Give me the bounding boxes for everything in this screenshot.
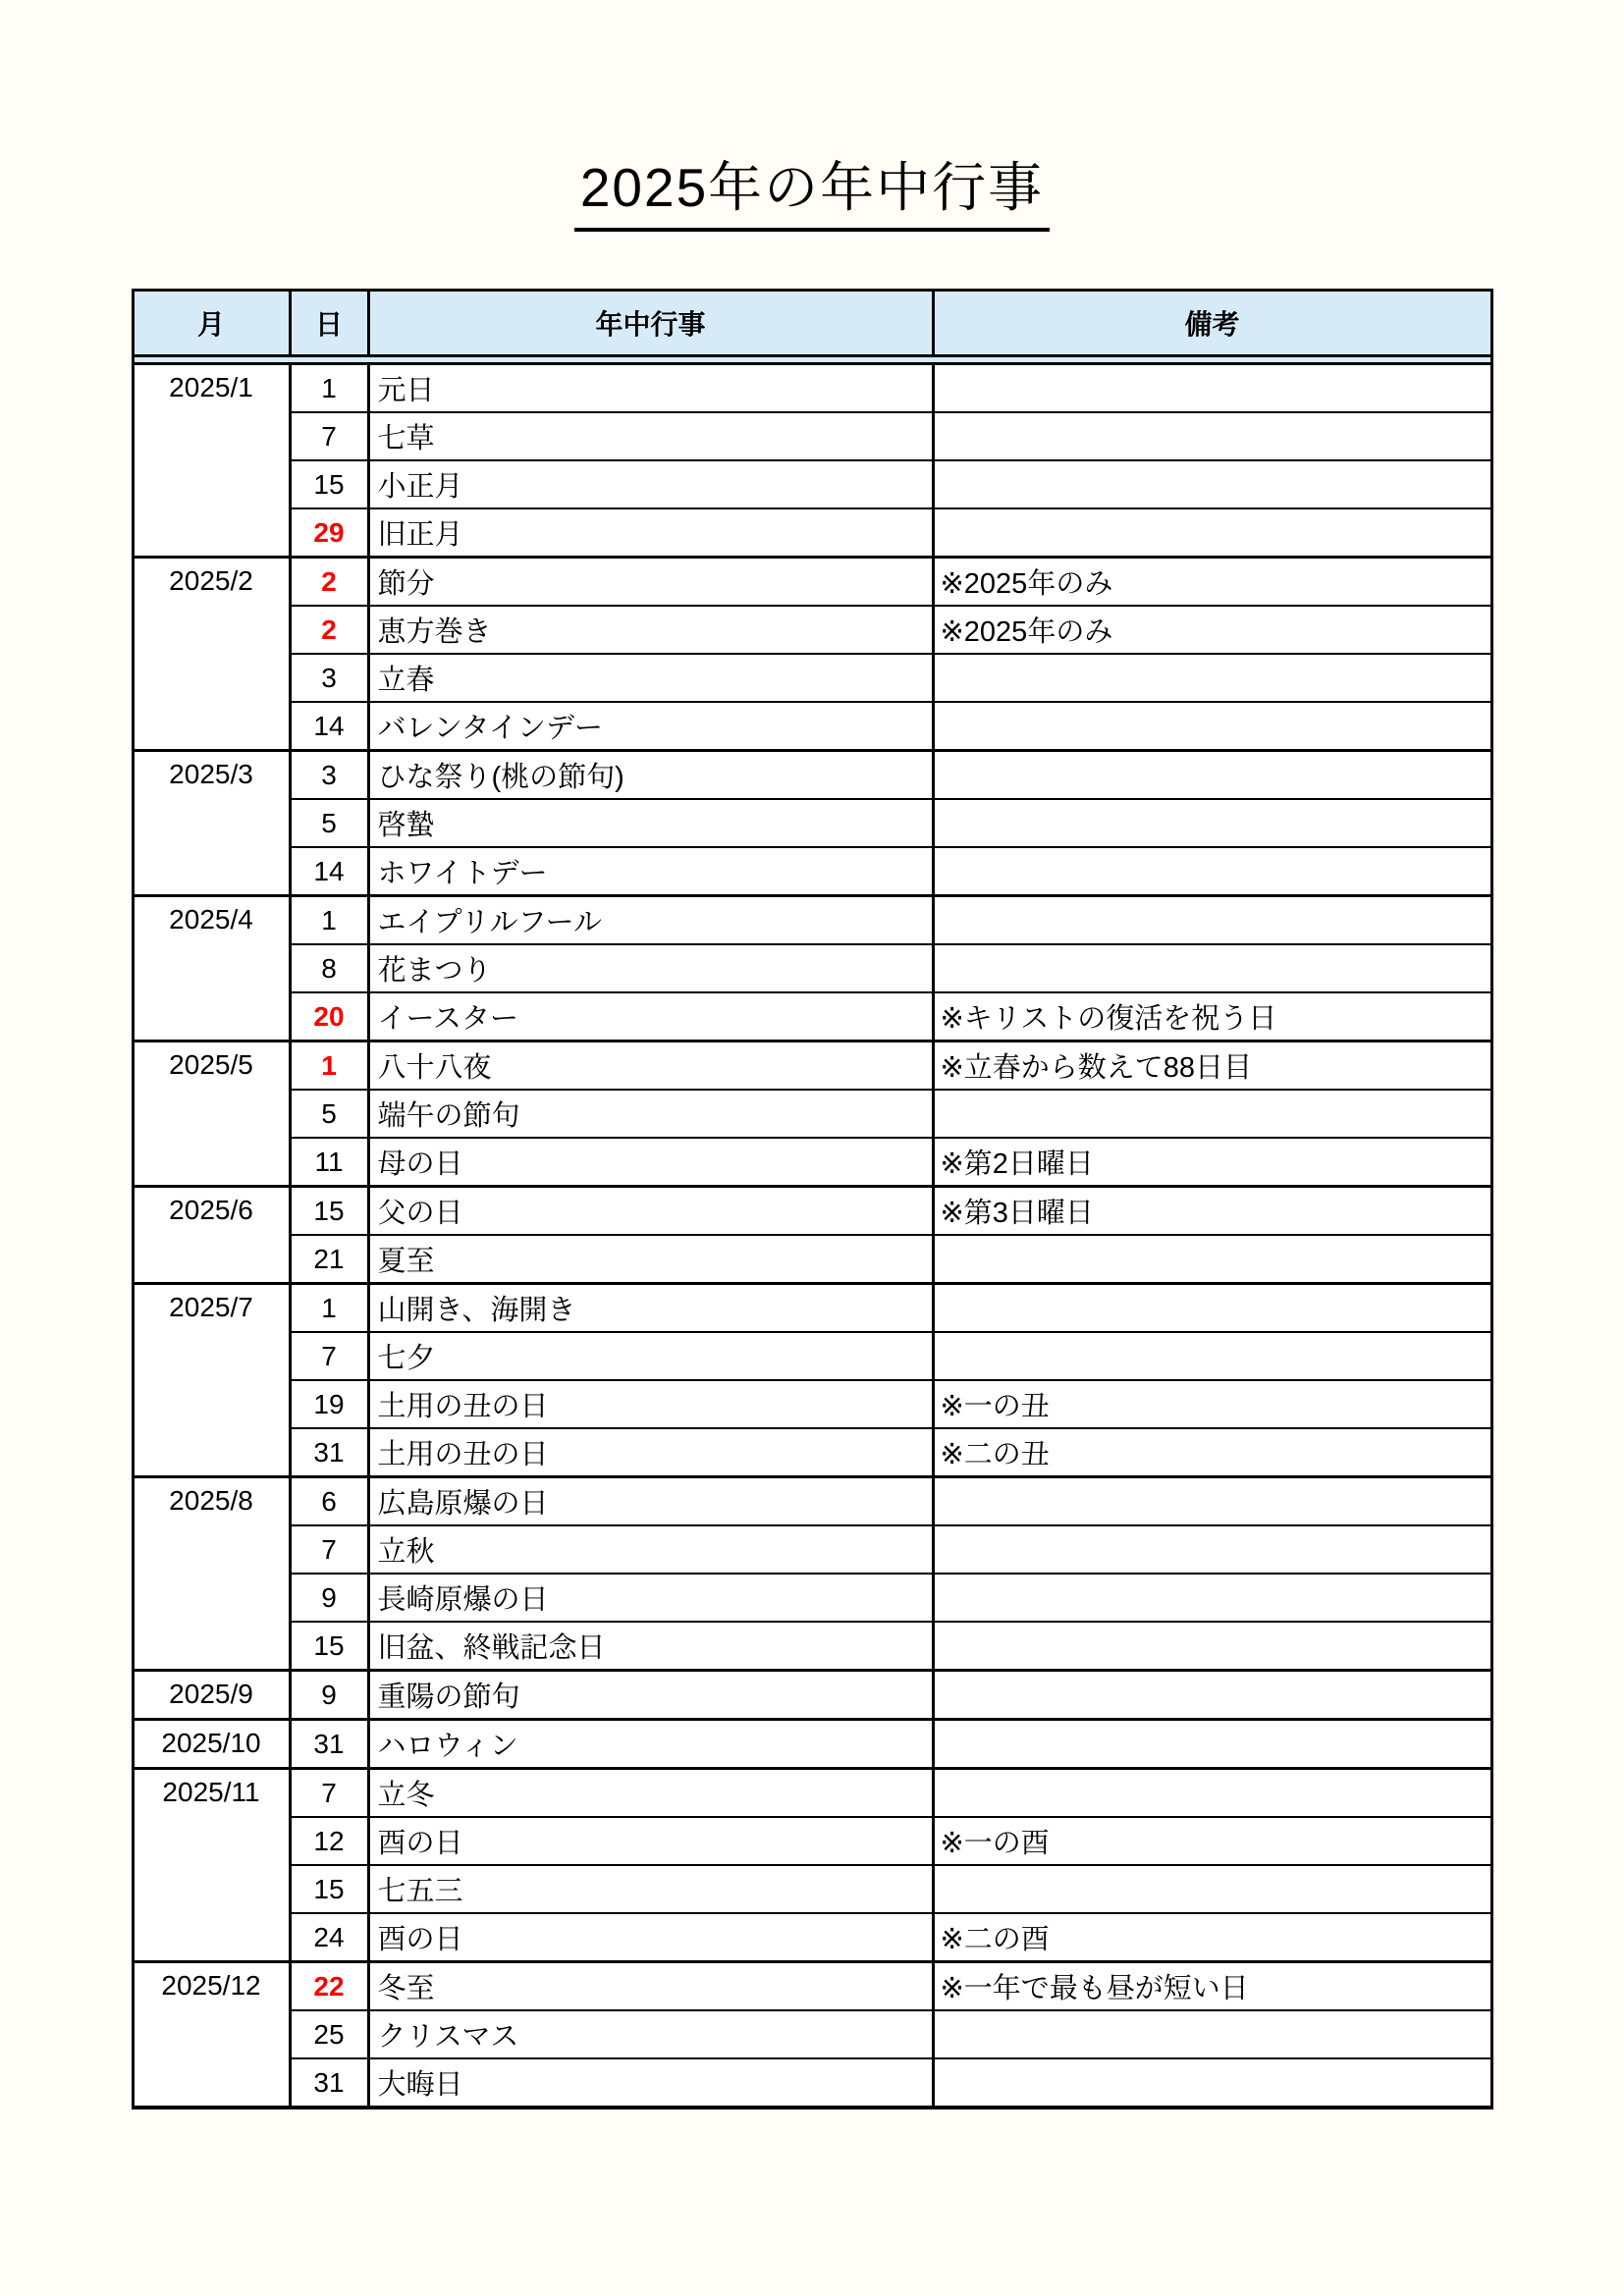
event-row: 2025/1222冬至※一年で最も昼が短い日 [133, 1962, 1491, 2011]
event-row: 7七夕 [133, 1332, 1491, 1380]
remarks-cell: ※一の丑 [933, 1380, 1491, 1428]
day-cell: 2 [290, 606, 368, 654]
event-row: 12酉の日※一の酉 [133, 1817, 1491, 1865]
event-cell: 山開き、海開き [368, 1284, 933, 1333]
event-cell: 七夕 [368, 1332, 933, 1380]
event-cell: 土用の丑の日 [368, 1380, 933, 1428]
event-cell: 土用の丑の日 [368, 1428, 933, 1477]
event-row: 2025/22節分※2025年のみ [133, 558, 1491, 607]
event-row: 20イースター※キリストの復活を祝う日 [133, 992, 1491, 1041]
event-cell: 恵方巻き [368, 606, 933, 654]
event-cell: 立春 [368, 654, 933, 702]
remarks-cell [933, 702, 1491, 751]
event-row: 8花まつり [133, 944, 1491, 992]
event-row: 7七草 [133, 412, 1491, 460]
event-cell: 父の日 [368, 1187, 933, 1236]
day-cell: 9 [290, 1671, 368, 1720]
event-row: 2025/11元日 [133, 364, 1491, 413]
annual-events-table: 月 日 年中行事 備考 2025/11元日7七草15小正月29旧正月2025/2… [132, 289, 1493, 2109]
event-cell: 旧盆、終戦記念日 [368, 1622, 933, 1671]
header-month: 月 [133, 291, 290, 356]
remarks-cell [933, 1332, 1491, 1380]
event-cell: イースター [368, 992, 933, 1041]
event-row: 2025/41エイプリルフール [133, 896, 1491, 945]
month-cell: 2025/6 [133, 1187, 290, 1284]
event-cell: 酉の日 [368, 1817, 933, 1865]
event-cell: 母の日 [368, 1138, 933, 1187]
event-row: 2025/33ひな祭り(桃の節句) [133, 751, 1491, 800]
event-cell: 小正月 [368, 460, 933, 508]
day-cell: 15 [290, 1622, 368, 1671]
remarks-cell [933, 1090, 1491, 1138]
event-cell: バレンタインデー [368, 702, 933, 751]
day-cell: 1 [290, 1041, 368, 1091]
remarks-cell: ※二の酉 [933, 1913, 1491, 1962]
event-row: 29旧正月 [133, 508, 1491, 558]
event-cell: ホワイトデー [368, 847, 933, 896]
month-cell: 2025/9 [133, 1671, 290, 1720]
event-cell: エイプリルフール [368, 896, 933, 945]
event-cell: ひな祭り(桃の節句) [368, 751, 933, 800]
event-cell: 立秋 [368, 1525, 933, 1574]
remarks-cell [933, 1769, 1491, 1818]
event-row: 5端午の節句 [133, 1090, 1491, 1138]
event-row: 15小正月 [133, 460, 1491, 508]
month-cell: 2025/11 [133, 1769, 290, 1962]
event-row: 2025/1031ハロウィン [133, 1720, 1491, 1769]
event-row: 14バレンタインデー [133, 702, 1491, 751]
day-cell: 9 [290, 1574, 368, 1622]
day-cell: 7 [290, 1332, 368, 1380]
remarks-cell [933, 364, 1491, 413]
remarks-cell [933, 1574, 1491, 1622]
day-cell: 15 [290, 1865, 368, 1913]
day-cell: 5 [290, 1090, 368, 1138]
event-row: 31土用の丑の日※二の丑 [133, 1428, 1491, 1477]
event-row: 5啓蟄 [133, 799, 1491, 847]
day-cell: 31 [290, 1428, 368, 1477]
day-cell: 15 [290, 460, 368, 508]
remarks-cell [933, 412, 1491, 460]
remarks-cell [933, 1284, 1491, 1333]
event-cell: 端午の節句 [368, 1090, 933, 1138]
day-cell: 14 [290, 847, 368, 896]
day-cell: 3 [290, 751, 368, 800]
header-day: 日 [290, 291, 368, 356]
day-cell: 7 [290, 1769, 368, 1818]
day-cell: 29 [290, 508, 368, 558]
day-cell: 5 [290, 799, 368, 847]
day-cell: 22 [290, 1962, 368, 2011]
day-cell: 7 [290, 412, 368, 460]
event-row: 24酉の日※二の酉 [133, 1913, 1491, 1962]
event-row: 2恵方巻き※2025年のみ [133, 606, 1491, 654]
month-cell: 2025/4 [133, 896, 290, 1041]
remarks-cell [933, 460, 1491, 508]
remarks-cell: ※一年で最も昼が短い日 [933, 1962, 1491, 2011]
day-cell: 31 [290, 2058, 368, 2108]
remarks-cell [933, 1477, 1491, 1526]
header-separator-rule [133, 356, 1491, 364]
event-cell: 旧正月 [368, 508, 933, 558]
event-cell: 元日 [368, 364, 933, 413]
day-cell: 1 [290, 896, 368, 945]
remarks-cell [933, 1622, 1491, 1671]
day-cell: 25 [290, 2010, 368, 2058]
event-row: 14ホワイトデー [133, 847, 1491, 896]
event-cell: 夏至 [368, 1235, 933, 1284]
event-cell: クリスマス [368, 2010, 933, 2058]
day-cell: 20 [290, 992, 368, 1041]
day-cell: 1 [290, 1284, 368, 1333]
remarks-cell [933, 944, 1491, 992]
event-row: 31大晦日 [133, 2058, 1491, 2108]
event-cell: ハロウィン [368, 1720, 933, 1769]
day-cell: 19 [290, 1380, 368, 1428]
day-cell: 11 [290, 1138, 368, 1187]
event-row: 2025/51八十八夜※立春から数えて88日目 [133, 1041, 1491, 1091]
event-cell: 重陽の節句 [368, 1671, 933, 1720]
event-row: 2025/86広島原爆の日 [133, 1477, 1491, 1526]
remarks-cell: ※2025年のみ [933, 606, 1491, 654]
event-row: 3立春 [133, 654, 1491, 702]
remarks-cell: ※2025年のみ [933, 558, 1491, 607]
event-cell: 大晦日 [368, 2058, 933, 2108]
event-cell: 七草 [368, 412, 933, 460]
remarks-cell [933, 896, 1491, 945]
remarks-cell [933, 654, 1491, 702]
remarks-cell [933, 799, 1491, 847]
day-cell: 3 [290, 654, 368, 702]
day-cell: 24 [290, 1913, 368, 1962]
title-area: 2025年の年中行事 [0, 0, 1624, 232]
day-cell: 1 [290, 364, 368, 413]
event-row: 25クリスマス [133, 2010, 1491, 2058]
event-cell: 長崎原爆の日 [368, 1574, 933, 1622]
day-cell: 12 [290, 1817, 368, 1865]
remarks-cell [933, 2058, 1491, 2108]
header-remarks: 備考 [933, 291, 1491, 356]
day-cell: 8 [290, 944, 368, 992]
remarks-cell [933, 1671, 1491, 1720]
event-row: 15旧盆、終戦記念日 [133, 1622, 1491, 1671]
event-cell: 広島原爆の日 [368, 1477, 933, 1526]
event-cell: 八十八夜 [368, 1041, 933, 1091]
month-cell: 2025/12 [133, 1962, 290, 2109]
remarks-cell [933, 847, 1491, 896]
event-row: 9長崎原爆の日 [133, 1574, 1491, 1622]
header-event: 年中行事 [368, 291, 933, 356]
remarks-cell: ※二の丑 [933, 1428, 1491, 1477]
day-cell: 31 [290, 1720, 368, 1769]
event-cell: 花まつり [368, 944, 933, 992]
event-cell: 立冬 [368, 1769, 933, 1818]
event-cell: 冬至 [368, 1962, 933, 2011]
remarks-cell [933, 1525, 1491, 1574]
header-row: 月 日 年中行事 備考 [133, 291, 1491, 356]
header-separator [133, 356, 1491, 364]
events-table-body: 2025/11元日7七草15小正月29旧正月2025/22節分※2025年のみ2… [133, 364, 1491, 2109]
day-cell: 7 [290, 1525, 368, 1574]
day-cell: 6 [290, 1477, 368, 1526]
remarks-cell [933, 1235, 1491, 1284]
month-cell: 2025/8 [133, 1477, 290, 1671]
remarks-cell: ※キリストの復活を祝う日 [933, 992, 1491, 1041]
event-cell: 啓蟄 [368, 799, 933, 847]
event-row: 11母の日※第2日曜日 [133, 1138, 1491, 1187]
month-cell: 2025/10 [133, 1720, 290, 1769]
month-cell: 2025/2 [133, 558, 290, 751]
event-row: 2025/117立冬 [133, 1769, 1491, 1818]
day-cell: 15 [290, 1187, 368, 1236]
month-cell: 2025/5 [133, 1041, 290, 1187]
remarks-cell: ※第3日曜日 [933, 1187, 1491, 1236]
day-cell: 14 [290, 702, 368, 751]
remarks-cell [933, 2010, 1491, 2058]
event-row: 2025/615父の日※第3日曜日 [133, 1187, 1491, 1236]
day-cell: 21 [290, 1235, 368, 1284]
event-row: 15七五三 [133, 1865, 1491, 1913]
event-row: 21夏至 [133, 1235, 1491, 1284]
event-cell: 七五三 [368, 1865, 933, 1913]
event-cell: 酉の日 [368, 1913, 933, 1962]
remarks-cell: ※立春から数えて88日目 [933, 1041, 1491, 1091]
page-title: 2025年の年中行事 [574, 157, 1050, 232]
day-cell: 2 [290, 558, 368, 607]
remarks-cell [933, 508, 1491, 558]
event-row: 7立秋 [133, 1525, 1491, 1574]
document-page: 2025年の年中行事 月 日 年中行事 備考 2025/11元日7七草15小正月… [0, 0, 1624, 2296]
month-cell: 2025/3 [133, 751, 290, 896]
remarks-cell: ※第2日曜日 [933, 1138, 1491, 1187]
event-row: 19土用の丑の日※一の丑 [133, 1380, 1491, 1428]
event-cell: 節分 [368, 558, 933, 607]
remarks-cell [933, 1865, 1491, 1913]
month-cell: 2025/7 [133, 1284, 290, 1477]
remarks-cell: ※一の酉 [933, 1817, 1491, 1865]
remarks-cell [933, 751, 1491, 800]
event-row: 2025/71山開き、海開き [133, 1284, 1491, 1333]
table-header: 月 日 年中行事 備考 [133, 291, 1491, 364]
remarks-cell [933, 1720, 1491, 1769]
month-cell: 2025/1 [133, 364, 290, 558]
event-row: 2025/99重陽の節句 [133, 1671, 1491, 1720]
